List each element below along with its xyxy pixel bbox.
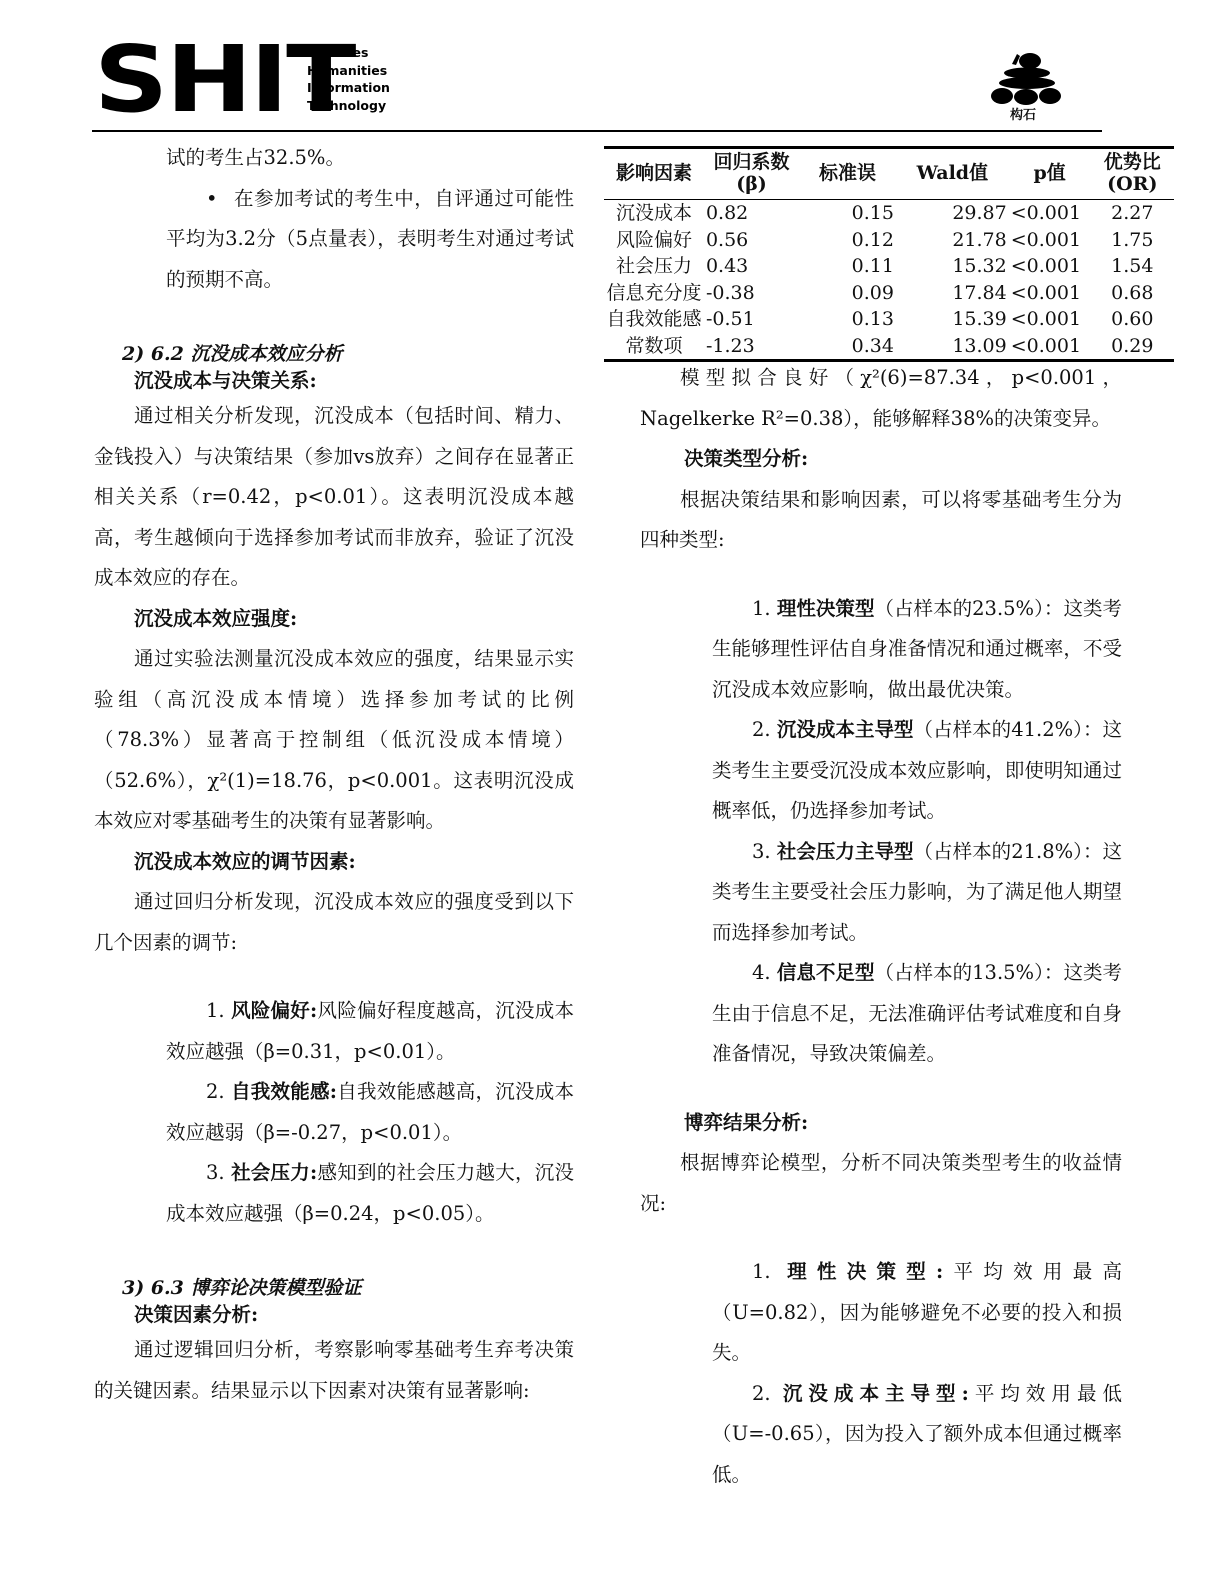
header-divider	[92, 130, 1102, 132]
decision-type-item: 1. 理性决策型（占样本的23.5%）：这类考生能够理性评估自身准备情况和通过概…	[640, 589, 1122, 711]
decision-type-item: 2. 沉没成本主导型（占样本的41.2%）：这类考生主要受沉没成本效应影响，即使…	[640, 710, 1122, 832]
section-title-6-2: 2) 6.2 沉没成本效应分析	[94, 342, 574, 366]
moderator-item: 1. 风险偏好:风险偏好程度越高，沉没成本效应越强（β=0.31，p<0.01）…	[94, 991, 574, 1072]
cell-or: 1.54	[1091, 253, 1174, 280]
subsection-title: 沉没成本效应的调节因素:	[94, 842, 574, 883]
item-name: 社会压力主导型	[777, 840, 914, 863]
cell-wald: 21.78	[896, 227, 1009, 254]
cell-factor: 信息充分度	[604, 280, 704, 307]
header-line: 回归系数	[706, 151, 797, 173]
regression-table: 影响因素 回归系数 (β) 标准误 Wald值 p值 优势比 (OR) 沉没成本…	[604, 146, 1174, 362]
cell-se: 0.13	[799, 306, 896, 333]
left-column: 试的考生占32.5%。 •在参加考试的考生中，自评通过可能性平均为3.2分（5点…	[94, 138, 574, 1411]
cell-p: <0.001	[1009, 253, 1091, 280]
logo-subtitle-line: Sciences	[307, 44, 390, 62]
cell-wald: 15.39	[896, 306, 1009, 333]
item-name: 社会压力:	[231, 1161, 317, 1184]
brand-label: 构石	[1010, 104, 1036, 123]
cell-factor: 常数项	[604, 333, 704, 361]
col-header-se: 标准误	[799, 148, 896, 200]
table-row: 社会压力 0.43 0.11 15.32 <0.001 1.54	[604, 253, 1174, 280]
item-number: 2.	[206, 1080, 225, 1103]
moderator-item: 3. 社会压力:感知到的社会压力越大，沉没成本效应越强（β=0.24，p<0.0…	[94, 1153, 574, 1234]
bullet-text: 在参加考试的考生中，自评通过可能性平均为3.2分（5点量表），表明考生对通过考试…	[166, 187, 574, 291]
cell-p: <0.001	[1009, 306, 1091, 333]
cell-wald: 17.84	[896, 280, 1009, 307]
col-header-or: 优势比 (OR)	[1091, 148, 1174, 200]
paragraph: 通过逻辑回归分析，考察影响零基础考生弃考决策的关键因素。结果显示以下因素对决策有…	[94, 1330, 574, 1411]
game-result-item: 1. 理性决策型:平均效用最高（U=0.82），因为能够避免不必要的投入和损失。	[640, 1252, 1122, 1374]
table-row: 常数项 -1.23 0.34 13.09 <0.001 0.29	[604, 333, 1174, 361]
cell-p: <0.001	[1009, 200, 1091, 227]
item-number: 3.	[206, 1161, 225, 1184]
col-header-p: p值	[1009, 148, 1091, 200]
cell-factor: 风险偏好	[604, 227, 704, 254]
item-text: 感知到的社会压力越大，沉没成本效应越强（β=0.24，p<0.05）。	[166, 1161, 574, 1225]
subsection-title: 决策类型分析:	[640, 439, 1122, 480]
header-line: (β)	[706, 173, 797, 195]
decision-type-item: 4. 信息不足型（占样本的13.5%）：这类考生由于信息不足，无法准确评估考试难…	[640, 953, 1122, 1075]
cell-or: 0.68	[1091, 280, 1174, 307]
cell-p: <0.001	[1009, 280, 1091, 307]
item-name: 理性决策型:	[787, 1260, 943, 1283]
item-share: （占样本的13.5%）：	[875, 961, 1064, 984]
logo-subtitle: Sciences Humanities Information Technolo…	[307, 44, 390, 114]
table-row: 沉没成本 0.82 0.15 29.87 <0.001 2.27	[604, 200, 1174, 227]
col-header-factor: 影响因素	[604, 148, 704, 200]
col-header-beta: 回归系数 (β)	[704, 148, 799, 200]
cell-factor: 自我效能感	[604, 306, 704, 333]
subsection-title: 博弈结果分析:	[640, 1103, 1122, 1144]
cell-se: 0.34	[799, 333, 896, 361]
table-row: 自我效能感 -0.51 0.13 15.39 <0.001 0.60	[604, 306, 1174, 333]
item-share: （占样本的21.8%）：	[914, 840, 1103, 863]
cell-or: 0.60	[1091, 306, 1174, 333]
header-line: (OR)	[1093, 173, 1172, 195]
item-text: 自我效能感越高，沉没成本效应越弱（β=-0.27，p<0.01）。	[166, 1080, 574, 1144]
item-number: 4.	[752, 961, 771, 984]
cell-se: 0.09	[799, 280, 896, 307]
cell-se: 0.11	[799, 253, 896, 280]
cell-p: <0.001	[1009, 227, 1091, 254]
cell-p: <0.001	[1009, 333, 1091, 361]
cell-beta: 0.43	[704, 253, 799, 280]
logo-subtitle-line: Humanities	[307, 62, 390, 80]
table-row: 风险偏好 0.56 0.12 21.78 <0.001 1.75	[604, 227, 1174, 254]
item-number: 1.	[752, 597, 771, 620]
game-result-item: 2. 沉没成本主导型:平均效用最低（U=-0.65），因为投入了额外成本但通过概…	[640, 1374, 1122, 1496]
subsection-title: 决策因素分析:	[94, 1300, 574, 1330]
cell-wald: 29.87	[896, 200, 1009, 227]
item-number: 2.	[752, 1382, 771, 1405]
model-fit-paragraph: 模型拟合良好（χ²(6)=87.34，p<0.001，Nagelkerke R²…	[640, 358, 1122, 439]
subsection-title: 沉没成本效应强度:	[94, 599, 574, 640]
page-header: SHIT Sciences Humanities Information Tec…	[0, 0, 1224, 140]
paragraph: 通过回归分析发现，沉没成本效应的强度受到以下几个因素的调节:	[94, 882, 574, 963]
item-name: 信息不足型	[777, 961, 875, 984]
right-column: 模型拟合良好（χ²(6)=87.34，p<0.001，Nagelkerke R²…	[640, 358, 1122, 1495]
table-row: 信息充分度 -0.38 0.09 17.84 <0.001 0.68	[604, 280, 1174, 307]
header-line: 优势比	[1093, 151, 1172, 173]
cell-beta: -0.51	[704, 306, 799, 333]
cell-factor: 社会压力	[604, 253, 704, 280]
item-name: 沉没成本主导型	[777, 718, 914, 741]
decision-type-item: 3. 社会压力主导型（占样本的21.8%）：这类考生主要受社会压力影响，为了满足…	[640, 832, 1122, 954]
cell-beta: 0.82	[704, 200, 799, 227]
cell-se: 0.12	[799, 227, 896, 254]
cell-or: 0.29	[1091, 333, 1174, 361]
cell-se: 0.15	[799, 200, 896, 227]
cell-wald: 15.32	[896, 253, 1009, 280]
logo-subtitle-line: Information	[307, 79, 390, 97]
item-number: 2.	[752, 718, 771, 741]
paragraph: 根据博弈论模型，分析不同决策类型考生的收益情况:	[640, 1143, 1122, 1224]
item-number: 3.	[752, 840, 771, 863]
cell-or: 2.27	[1091, 200, 1174, 227]
item-name: 自我效能感:	[231, 1080, 337, 1103]
item-share: （占样本的23.5%）：	[875, 597, 1064, 620]
cell-beta: 0.56	[704, 227, 799, 254]
subsection-title: 沉没成本与决策关系:	[94, 366, 574, 396]
cell-beta: -1.23	[704, 333, 799, 361]
intro-continuation: 试的考生占32.5%。	[94, 138, 574, 179]
item-number: 1.	[206, 999, 225, 1022]
item-number: 1.	[752, 1260, 771, 1283]
paragraph: 通过实验法测量沉没成本效应的强度，结果显示实验组（高沉没成本情境）选择参加考试的…	[94, 639, 574, 842]
col-header-wald: Wald值	[896, 148, 1009, 200]
item-name: 风险偏好:	[231, 999, 317, 1022]
cell-or: 1.75	[1091, 227, 1174, 254]
paragraph: 根据决策结果和影响因素，可以将零基础考生分为四种类型:	[640, 480, 1122, 561]
table-header-row: 影响因素 回归系数 (β) 标准误 Wald值 p值 优势比 (OR)	[604, 148, 1174, 200]
item-text: 风险偏好程度越高，沉没成本效应越强（β=0.31，p<0.01）。	[166, 999, 574, 1063]
moderator-item: 2. 自我效能感:自我效能感越高，沉没成本效应越弱（β=-0.27，p<0.01…	[94, 1072, 574, 1153]
item-share: （占样本的41.2%）：	[914, 718, 1103, 741]
logo-subtitle-line: Technology	[307, 97, 390, 115]
bullet-item: •在参加考试的考生中，自评通过可能性平均为3.2分（5点量表），表明考生对通过考…	[94, 179, 574, 301]
section-title-6-3: 3) 6.3 博弈论决策模型验证	[94, 1276, 574, 1300]
cell-factor: 沉没成本	[604, 200, 704, 227]
item-name: 沉没成本主导型:	[783, 1382, 969, 1405]
cell-beta: -0.38	[704, 280, 799, 307]
cell-wald: 13.09	[896, 333, 1009, 361]
paragraph: 通过相关分析发现，沉没成本（包括时间、精力、金钱投入）与决策结果（参加vs放弃）…	[94, 396, 574, 599]
item-name: 理性决策型	[777, 597, 875, 620]
bullet-icon: •	[206, 187, 218, 210]
